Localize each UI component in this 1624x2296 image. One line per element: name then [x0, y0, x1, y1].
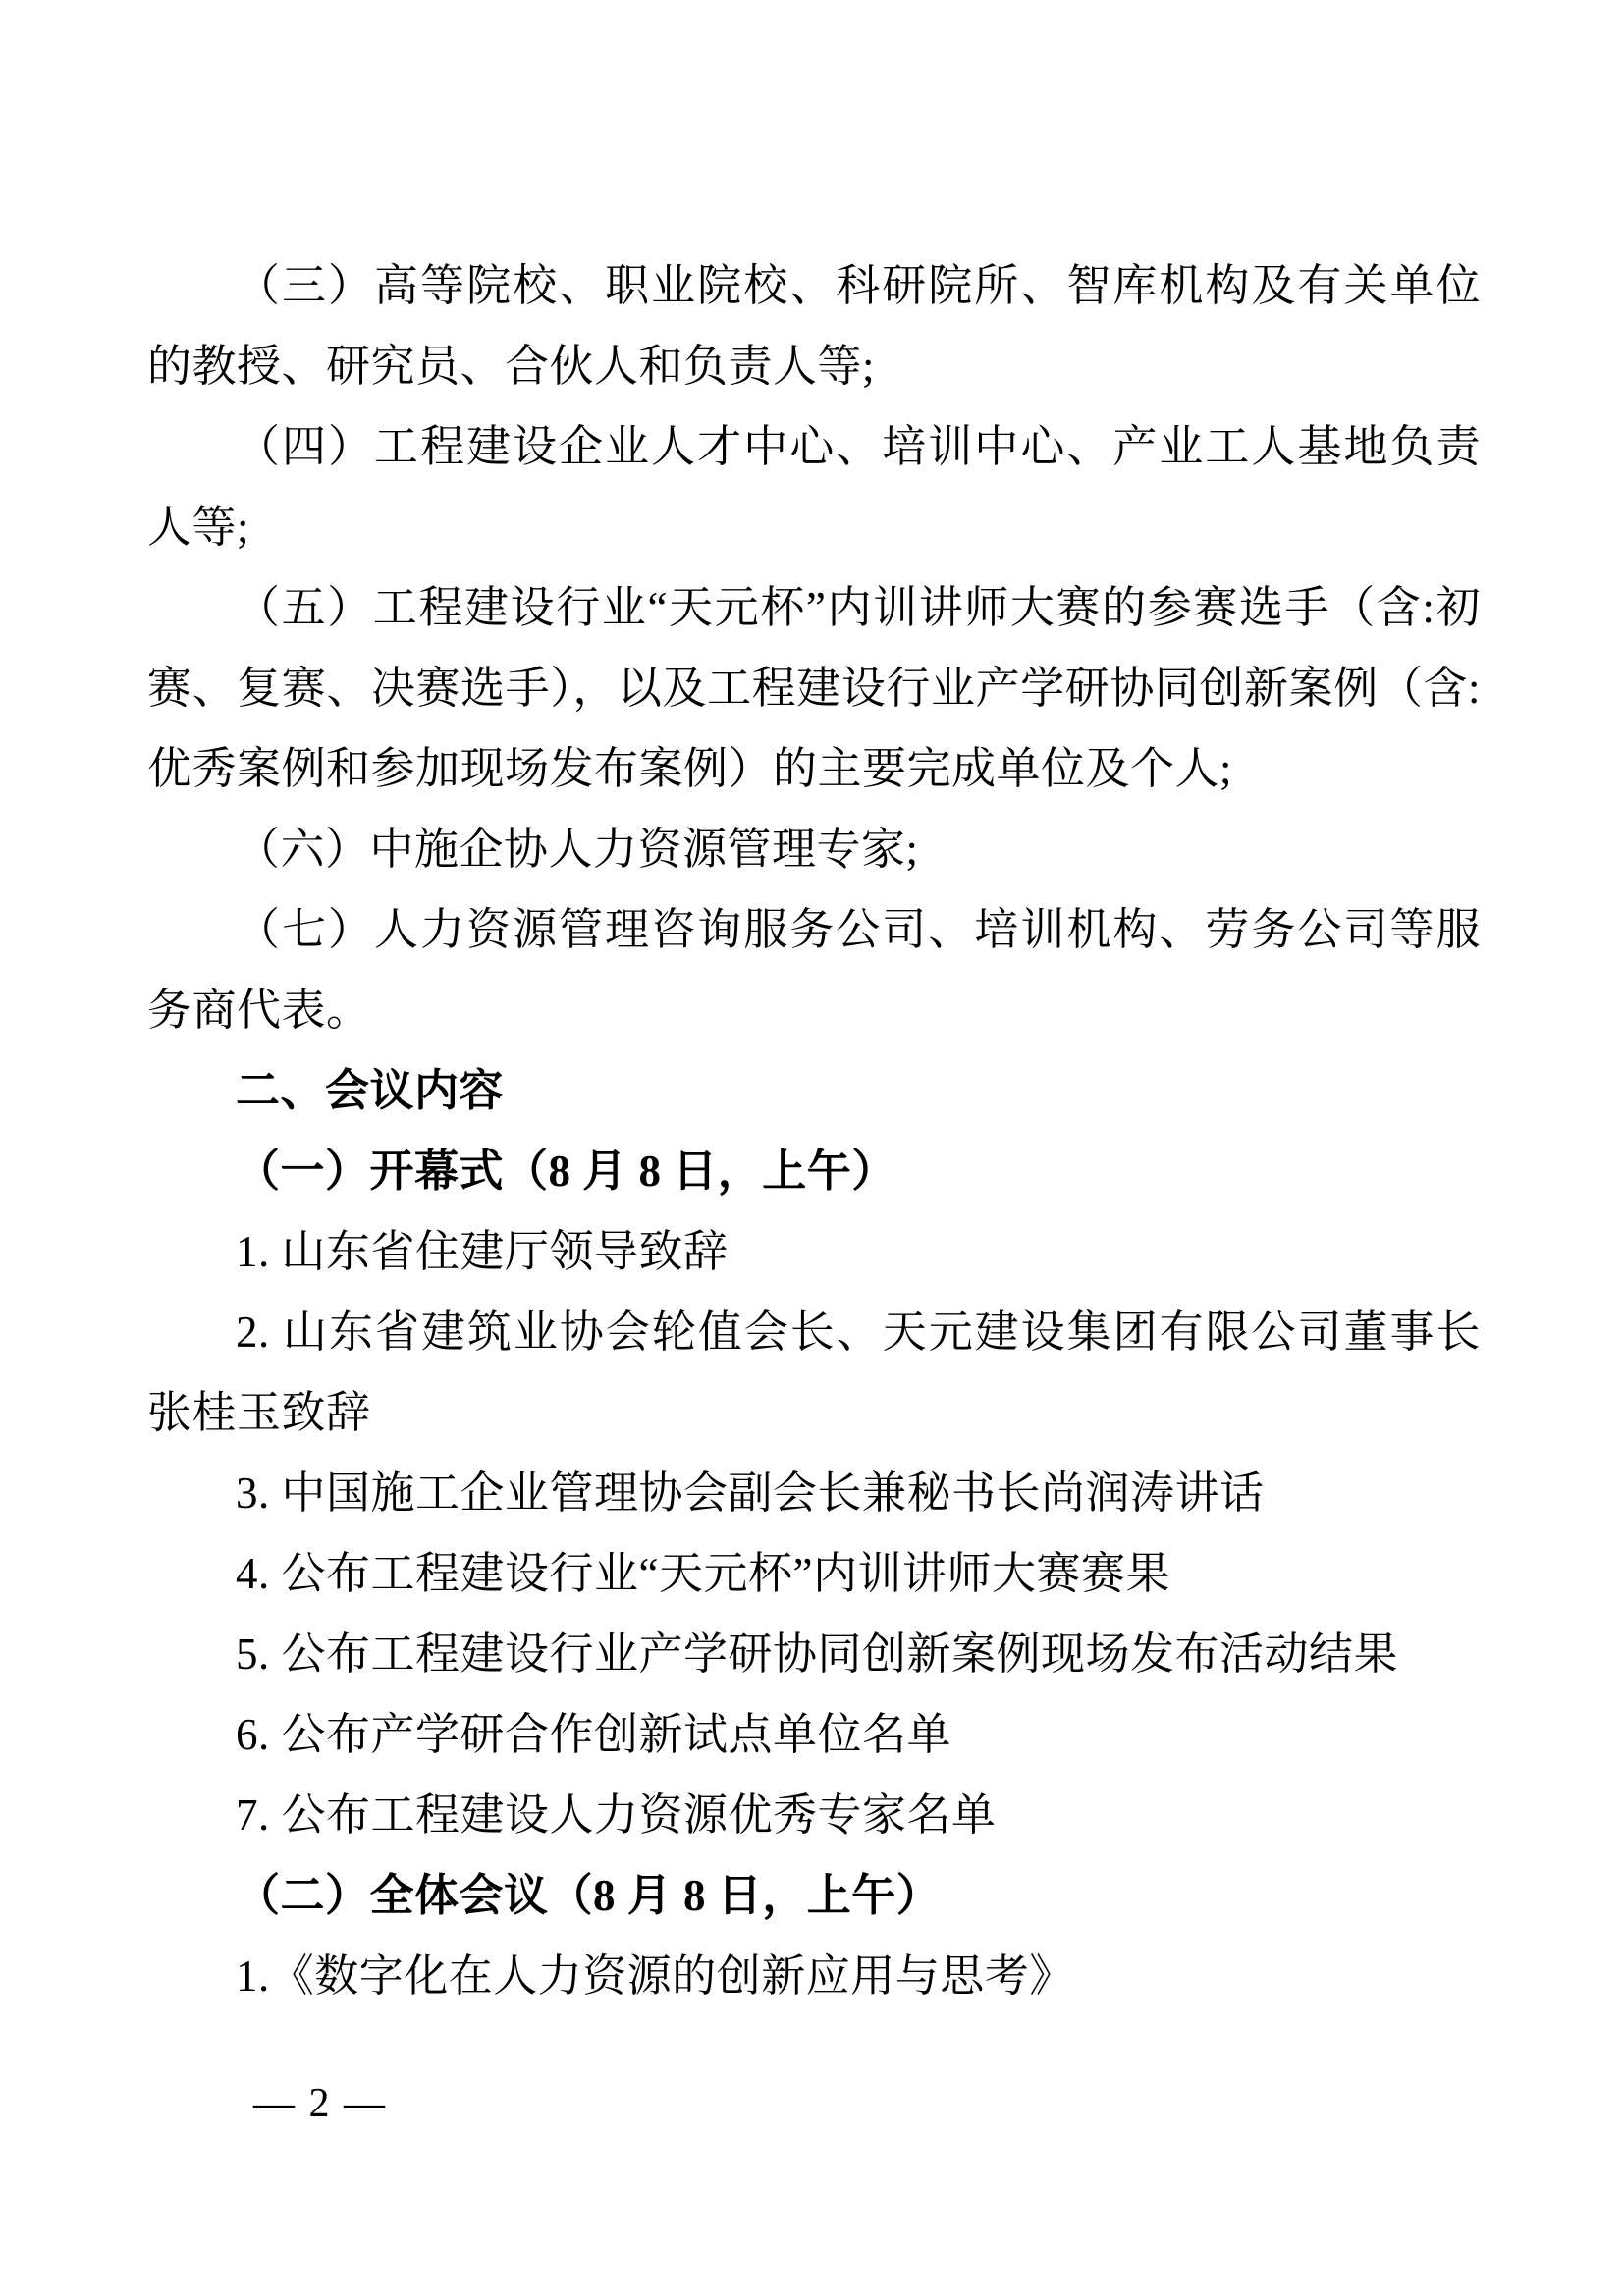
paragraph-attendees-4: （四）工程建设企业人才中心、培训中心、产业工人基地负责人等;: [147, 406, 1481, 567]
agenda-item-4: 4. 公布工程建设行业“天元杯”内训讲师大赛赛果: [147, 1533, 1481, 1614]
subheading-opening-ceremony: （一）开幕式（8 月 8 日，上午）: [147, 1131, 1481, 1211]
page-number: — 2 —: [253, 2079, 387, 2128]
document-page: （三）高等院校、职业院校、科研院所、智库机构及有关单位的教授、研究员、合伙人和负…: [0, 0, 1624, 2296]
agenda-item-7: 7. 公布工程建设人力资源优秀专家名单: [147, 1775, 1481, 1855]
document-body: （三）高等院校、职业院校、科研院所、智库机构及有关单位的教授、研究员、合伙人和负…: [147, 245, 1481, 2016]
agenda-item-1: 1. 山东省住建厅领导致辞: [147, 1211, 1481, 1292]
paragraph-attendees-7: （七）人力资源管理咨询服务公司、培训机构、劳务公司等服务商代表。: [147, 889, 1481, 1050]
agenda-item-3: 3. 中国施工企业管理协会副会长兼秘书长尚润涛讲话: [147, 1453, 1481, 1533]
subheading-plenary-session: （二）全体会议（8 月 8 日，上午）: [147, 1855, 1481, 1936]
paragraph-attendees-5: （五）工程建设行业“天元杯”内训讲师大赛的参赛选手（含:初赛、复赛、决赛选手），…: [147, 567, 1481, 809]
agenda-item-5: 5. 公布工程建设行业产学研协同创新案例现场发布活动结果: [147, 1614, 1481, 1694]
agenda-item-6: 6. 公布产学研合作创新试点单位名单: [147, 1694, 1481, 1775]
paragraph-attendees-3: （三）高等院校、职业院校、科研院所、智库机构及有关单位的教授、研究员、合伙人和负…: [147, 245, 1481, 406]
section-heading-meeting-content: 二、会议内容: [147, 1050, 1481, 1131]
agenda-item-plenary-1: 1.《数字化在人力资源的创新应用与思考》: [147, 1936, 1481, 2016]
paragraph-attendees-6: （六）中施企协人力资源管理专家;: [147, 809, 1481, 889]
agenda-item-2: 2. 山东省建筑业协会轮值会长、天元建设集团有限公司董事长张桂玉致辞: [147, 1292, 1481, 1453]
